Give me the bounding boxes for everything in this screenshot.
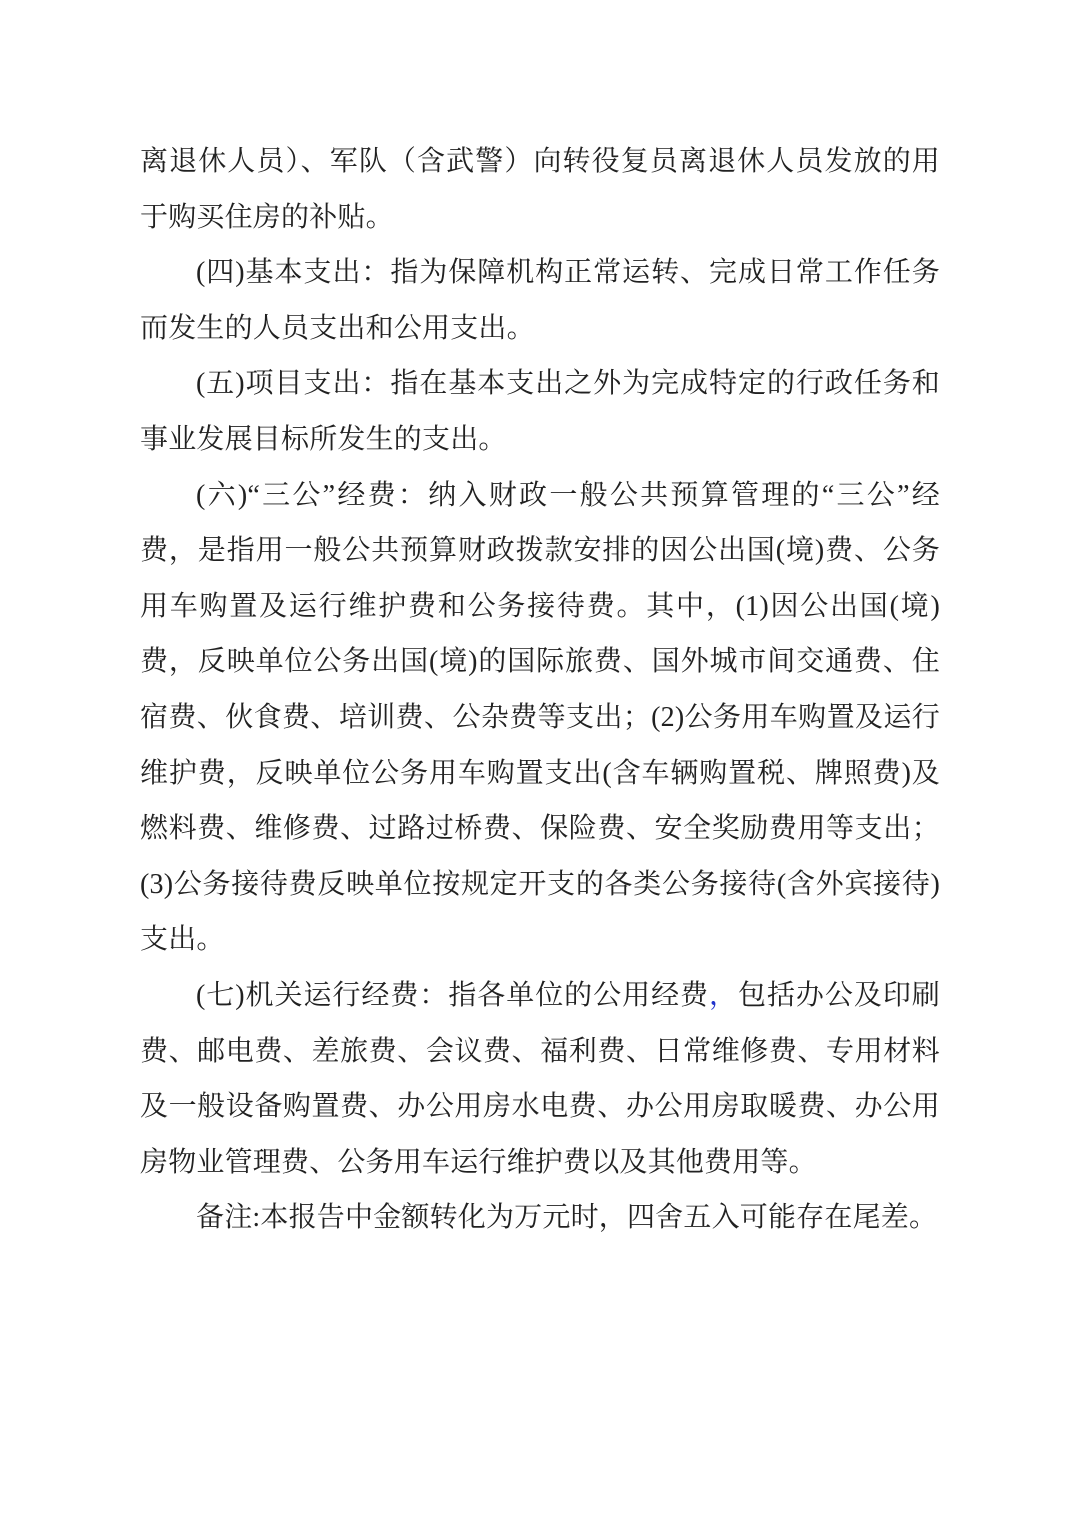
- paragraph-2: (四)基本支出：指为保障机构正常运转、完成日常工作任务而发生的人员支出和公用支出…: [140, 245, 940, 356]
- text-segment-accent: ，: [709, 980, 738, 1011]
- paragraph-5: (七)机关运行经费：指各单位的公用经费，包括办公及印刷费、邮电费、差旅费、会议费…: [140, 968, 940, 1190]
- text-segment: (四)基本支出：指为保障机构正常运转、完成日常工作任务而发生的人员支出和公用支出…: [140, 257, 940, 344]
- text-segment: (六)“三公”经费：纳入财政一般公共预算管理的“三公”经费，是指用一般公共预算财…: [140, 480, 940, 956]
- text-segment: (七)机关运行经费：指各单位的公用经费: [196, 980, 709, 1011]
- paragraph-6: 备注:本报告中金额转化为万元时，四舍五入可能存在尾差。: [140, 1190, 940, 1246]
- paragraph-4: (六)“三公”经费：纳入财政一般公共预算管理的“三公”经费，是指用一般公共预算财…: [140, 468, 940, 968]
- paragraph-3: (五)项目支出：指在基本支出之外为完成特定的行政任务和事业发展目标所发生的支出。: [140, 356, 940, 467]
- text-segment: 备注:本报告中金额转化为万元时，四舍五入可能存在尾差。: [196, 1202, 937, 1233]
- paragraph-1: 离退休人员）、军队（含武警）向转役复员离退休人员发放的用于购买住房的补贴。: [140, 134, 940, 245]
- text-segment: (五)项目支出：指在基本支出之外为完成特定的行政任务和事业发展目标所发生的支出。: [140, 368, 940, 455]
- document-body: 离退休人员）、军队（含武警）向转役复员离退休人员发放的用于购买住房的补贴。(四)…: [140, 134, 940, 1246]
- document-page: 离退休人员）、军队（含武警）向转役复员离退休人员发放的用于购买住房的补贴。(四)…: [0, 0, 1074, 1520]
- text-segment: 离退休人员）、军队（含武警）向转役复员离退休人员发放的用于购买住房的补贴。: [140, 146, 940, 233]
